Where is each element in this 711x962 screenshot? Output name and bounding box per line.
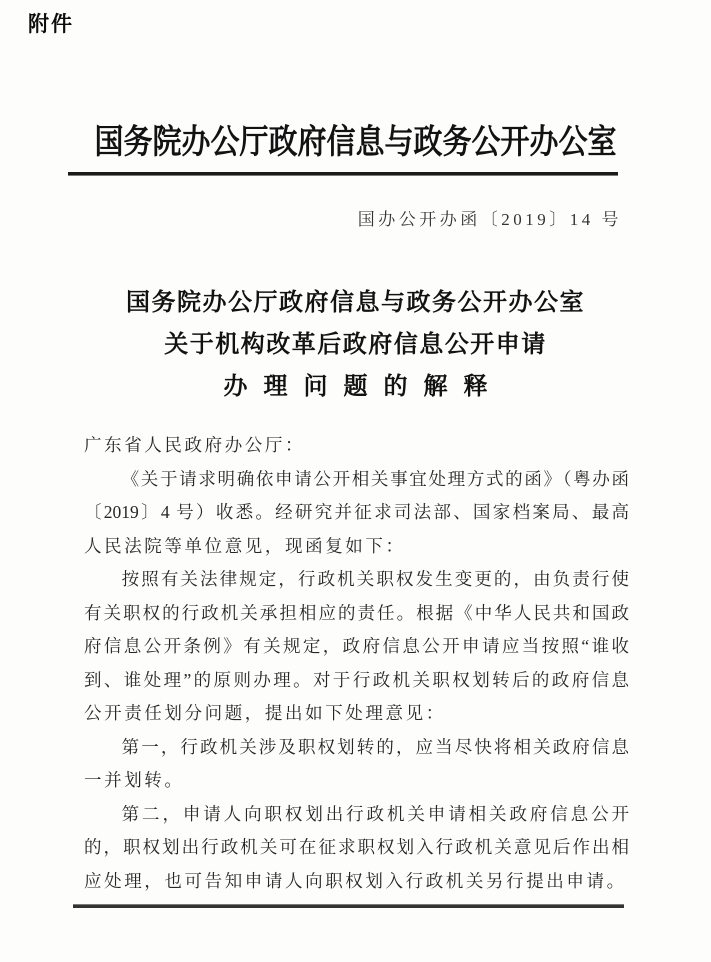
letterhead-double-rule (68, 172, 618, 176)
attachment-label: 附件 (28, 8, 74, 38)
document-number: 国办公开办函〔2019〕14 号 (358, 205, 622, 230)
document-page: 附件 国务院办公厅政府信息与政务公开办公室 国办公开办函〔2019〕14 号 国… (0, 0, 711, 962)
body-line: 广东省人民政府办公厅： (84, 429, 629, 463)
body-line: 按照有关法律规定，行政机关职权发生变更的，由负责行使 (84, 563, 629, 597)
body-line: 到、谁处理”的原则办理。对于行政机关职权划转后的政府信息 (84, 664, 629, 698)
body-line: 〔2019〕4 号）收悉。经研究并征求司法部、国家档案局、最高 (84, 496, 629, 530)
document-title-line-2: 关于机构改革后政府信息公开申请 (0, 324, 711, 366)
document-title-line-3: 办理问题的解释 (0, 366, 711, 408)
body-line: 的，职权划出行政机关可在征求职权划入行政机关意见后作出相 (84, 831, 629, 865)
body-line: 有关职权的行政机关承担相应的责任。根据《中华人民共和国政 (84, 597, 629, 631)
body-line: 府信息公开条例》有关规定，政府信息公开申请应当按照“谁收 (84, 630, 629, 664)
document-title: 国务院办公厅政府信息与政务公开办公室 关于机构改革后政府信息公开申请 办理问题的… (0, 282, 711, 408)
body-line: 《关于请求明确依申请公开相关事宜处理方式的函》（粤办函 (84, 463, 629, 497)
document-title-line-1: 国务院办公厅政府信息与政务公开办公室 (0, 282, 711, 324)
body-line: 第二，申请人向职权划出行政机关申请相关政府信息公开 (84, 798, 629, 832)
body-line: 应处理，也可告知申请人向职权划入行政机关另行提出申请。 (84, 865, 629, 899)
letterhead-title: 国务院办公厅政府信息与政务公开办公室 (0, 116, 711, 164)
body-line: 公开责任划分问题，提出如下处理意见： (84, 697, 629, 731)
body-line: 第一，行政机关涉及职权划转的，应当尽快将相关政府信息 (84, 731, 629, 765)
body-line: 人民法院等单位意见，现函复如下： (84, 530, 629, 564)
body-line: 一并划转。 (84, 764, 629, 798)
document-body: 广东省人民政府办公厅：《关于请求明确依申请公开相关事宜处理方式的函》（粤办函〔2… (84, 429, 629, 898)
footer-rule (73, 904, 624, 908)
